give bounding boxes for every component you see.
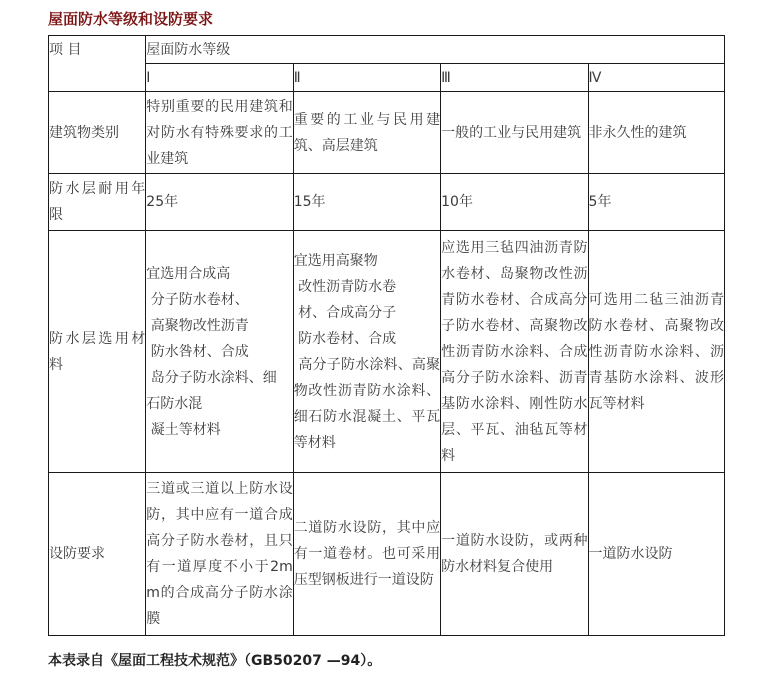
table-row-building-type: 建筑物类别 特别重要的民用建筑和对防水有特殊要求的工业建筑 重要的工业与民用建筑… xyxy=(49,92,725,174)
cell-text: 特别重要的民用建筑和对防水有特殊要求的工业建筑 xyxy=(146,94,292,172)
cell-text: 10年 xyxy=(441,194,473,210)
grade-header-row: Ⅰ Ⅱ Ⅲ Ⅳ xyxy=(49,64,725,92)
cell-text: 应选用三毡四油沥青防水卷材、岛聚物改性沥青防水卷材、合成高分子防水卷材、高聚物改… xyxy=(441,235,587,469)
header-group-cell: 屋面防水等级 xyxy=(146,36,725,64)
cell-text: 三道或三道以上防水设防，其中应有一道合成高分子防水卷材，且只有一道厚度不小于2m… xyxy=(146,476,292,632)
cell-text: 一般的工业与民用建筑 xyxy=(441,120,587,146)
grade-label: Ⅳ xyxy=(589,70,602,86)
grade-header-4: Ⅳ xyxy=(588,64,724,92)
row-label-text: 防水层选用材料 xyxy=(49,326,145,378)
row-label: 设防要求 xyxy=(49,473,146,636)
cell-text: 可选用二毡三油沥青防水卷材、高聚物改性沥青防水涂料、沥青基防水涂料、波形瓦等材料 xyxy=(589,287,724,417)
grade-label: Ⅲ xyxy=(441,70,451,86)
row-label-text: 设防要求 xyxy=(49,546,105,562)
table-cell: 三道或三道以上防水设防，其中应有一道合成高分子防水卷材，且只有一道厚度不小于2m… xyxy=(146,473,293,636)
source-note: 本表录自《屋面工程技术规范》（GB50207 —94）。 xyxy=(48,650,381,672)
header-group-label: 屋面防水等级 xyxy=(146,42,230,58)
table-row-service-life: 防水层耐用年限 25年 15年 10年 5年 xyxy=(49,174,725,231)
cell-text: 非永久性的建筑 xyxy=(589,120,724,146)
table-cell: 非永久性的建筑 xyxy=(588,92,724,174)
cell-text: 一道防水设防 xyxy=(589,541,724,567)
cell-text: 5年 xyxy=(589,194,612,210)
cell-text: 25年 xyxy=(146,194,178,210)
document-title: 屋面防水等级和设防要求 xyxy=(48,8,213,30)
table-cell: 一般的工业与民用建筑 xyxy=(441,92,588,174)
row-label: 防水层耐用年限 xyxy=(49,174,146,231)
grade-header-1: Ⅰ xyxy=(146,64,293,92)
grade-header-2: Ⅱ xyxy=(293,64,440,92)
cell-text: 15年 xyxy=(294,194,326,210)
cell-text: 宜选用合成高 分子防水卷材、 高聚物改性沥青 防水咎材、合成 岛分子防水涂料、细… xyxy=(146,261,292,443)
grade-label: Ⅰ xyxy=(146,70,150,86)
grade-header-3: Ⅲ xyxy=(441,64,588,92)
table-row-materials: 防水层选用材料 宜选用合成高 分子防水卷材、 高聚物改性沥青 防水咎材、合成 岛… xyxy=(49,231,725,473)
table-cell: 宜选用高聚物 改性沥青防水卷 材、合成高分子 防水卷材、合成 高分子防水涂料、高… xyxy=(293,231,440,473)
row-label-text: 防水层耐用年限 xyxy=(49,176,145,228)
table-cell: 宜选用合成高 分子防水卷材、 高聚物改性沥青 防水咎材、合成 岛分子防水涂料、细… xyxy=(146,231,293,473)
table-row-requirements: 设防要求 三道或三道以上防水设防，其中应有一道合成高分子防水卷材，且只有一道厚度… xyxy=(49,473,725,636)
table-cell: 应选用三毡四油沥青防水卷材、岛聚物改性沥青防水卷材、合成高分子防水卷材、高聚物改… xyxy=(441,231,588,473)
table-cell: 特别重要的民用建筑和对防水有特殊要求的工业建筑 xyxy=(146,92,293,174)
table-cell: 15年 xyxy=(293,174,440,231)
header-item-label: 项 目 xyxy=(49,42,81,58)
table-cell: 重要的工业与民用建筑、高层建筑 xyxy=(293,92,440,174)
table-cell: 5年 xyxy=(588,174,724,231)
cell-text: 一道防水设防，或两种防水材料复合使用 xyxy=(441,528,587,580)
cell-text: 二道防水设防，其中应有一道卷材。也可采用压型钢板进行一道设防 xyxy=(294,515,440,593)
table-cell: 一道防水设防，或两种防水材料复合使用 xyxy=(441,473,588,636)
cell-text: 宜选用高聚物 改性沥青防水卷 材、合成高分子 防水卷材、合成 高分子防水涂料、高… xyxy=(294,248,440,456)
row-label-text: 建筑物类别 xyxy=(49,125,119,141)
table-cell: 二道防水设防，其中应有一道卷材。也可采用压型钢板进行一道设防 xyxy=(293,473,440,636)
table-cell: 可选用二毡三油沥青防水卷材、高聚物改性沥青防水涂料、沥青基防水涂料、波形瓦等材料 xyxy=(588,231,724,473)
table-cell: 25年 xyxy=(146,174,293,231)
header-item-cell: 项 目 xyxy=(49,36,146,92)
table-cell: 10年 xyxy=(441,174,588,231)
cell-text: 重要的工业与民用建筑、高层建筑 xyxy=(294,107,440,159)
table-cell: 一道防水设防 xyxy=(588,473,724,636)
table-header-row: 项 目 屋面防水等级 xyxy=(49,36,725,64)
row-label: 防水层选用材料 xyxy=(49,231,146,473)
waterproof-grade-table: 项 目 屋面防水等级 Ⅰ Ⅱ Ⅲ Ⅳ 建筑物类别 特别重要的民用建筑和对防水有特… xyxy=(48,35,725,636)
row-label: 建筑物类别 xyxy=(49,92,146,174)
grade-label: Ⅱ xyxy=(294,70,301,86)
